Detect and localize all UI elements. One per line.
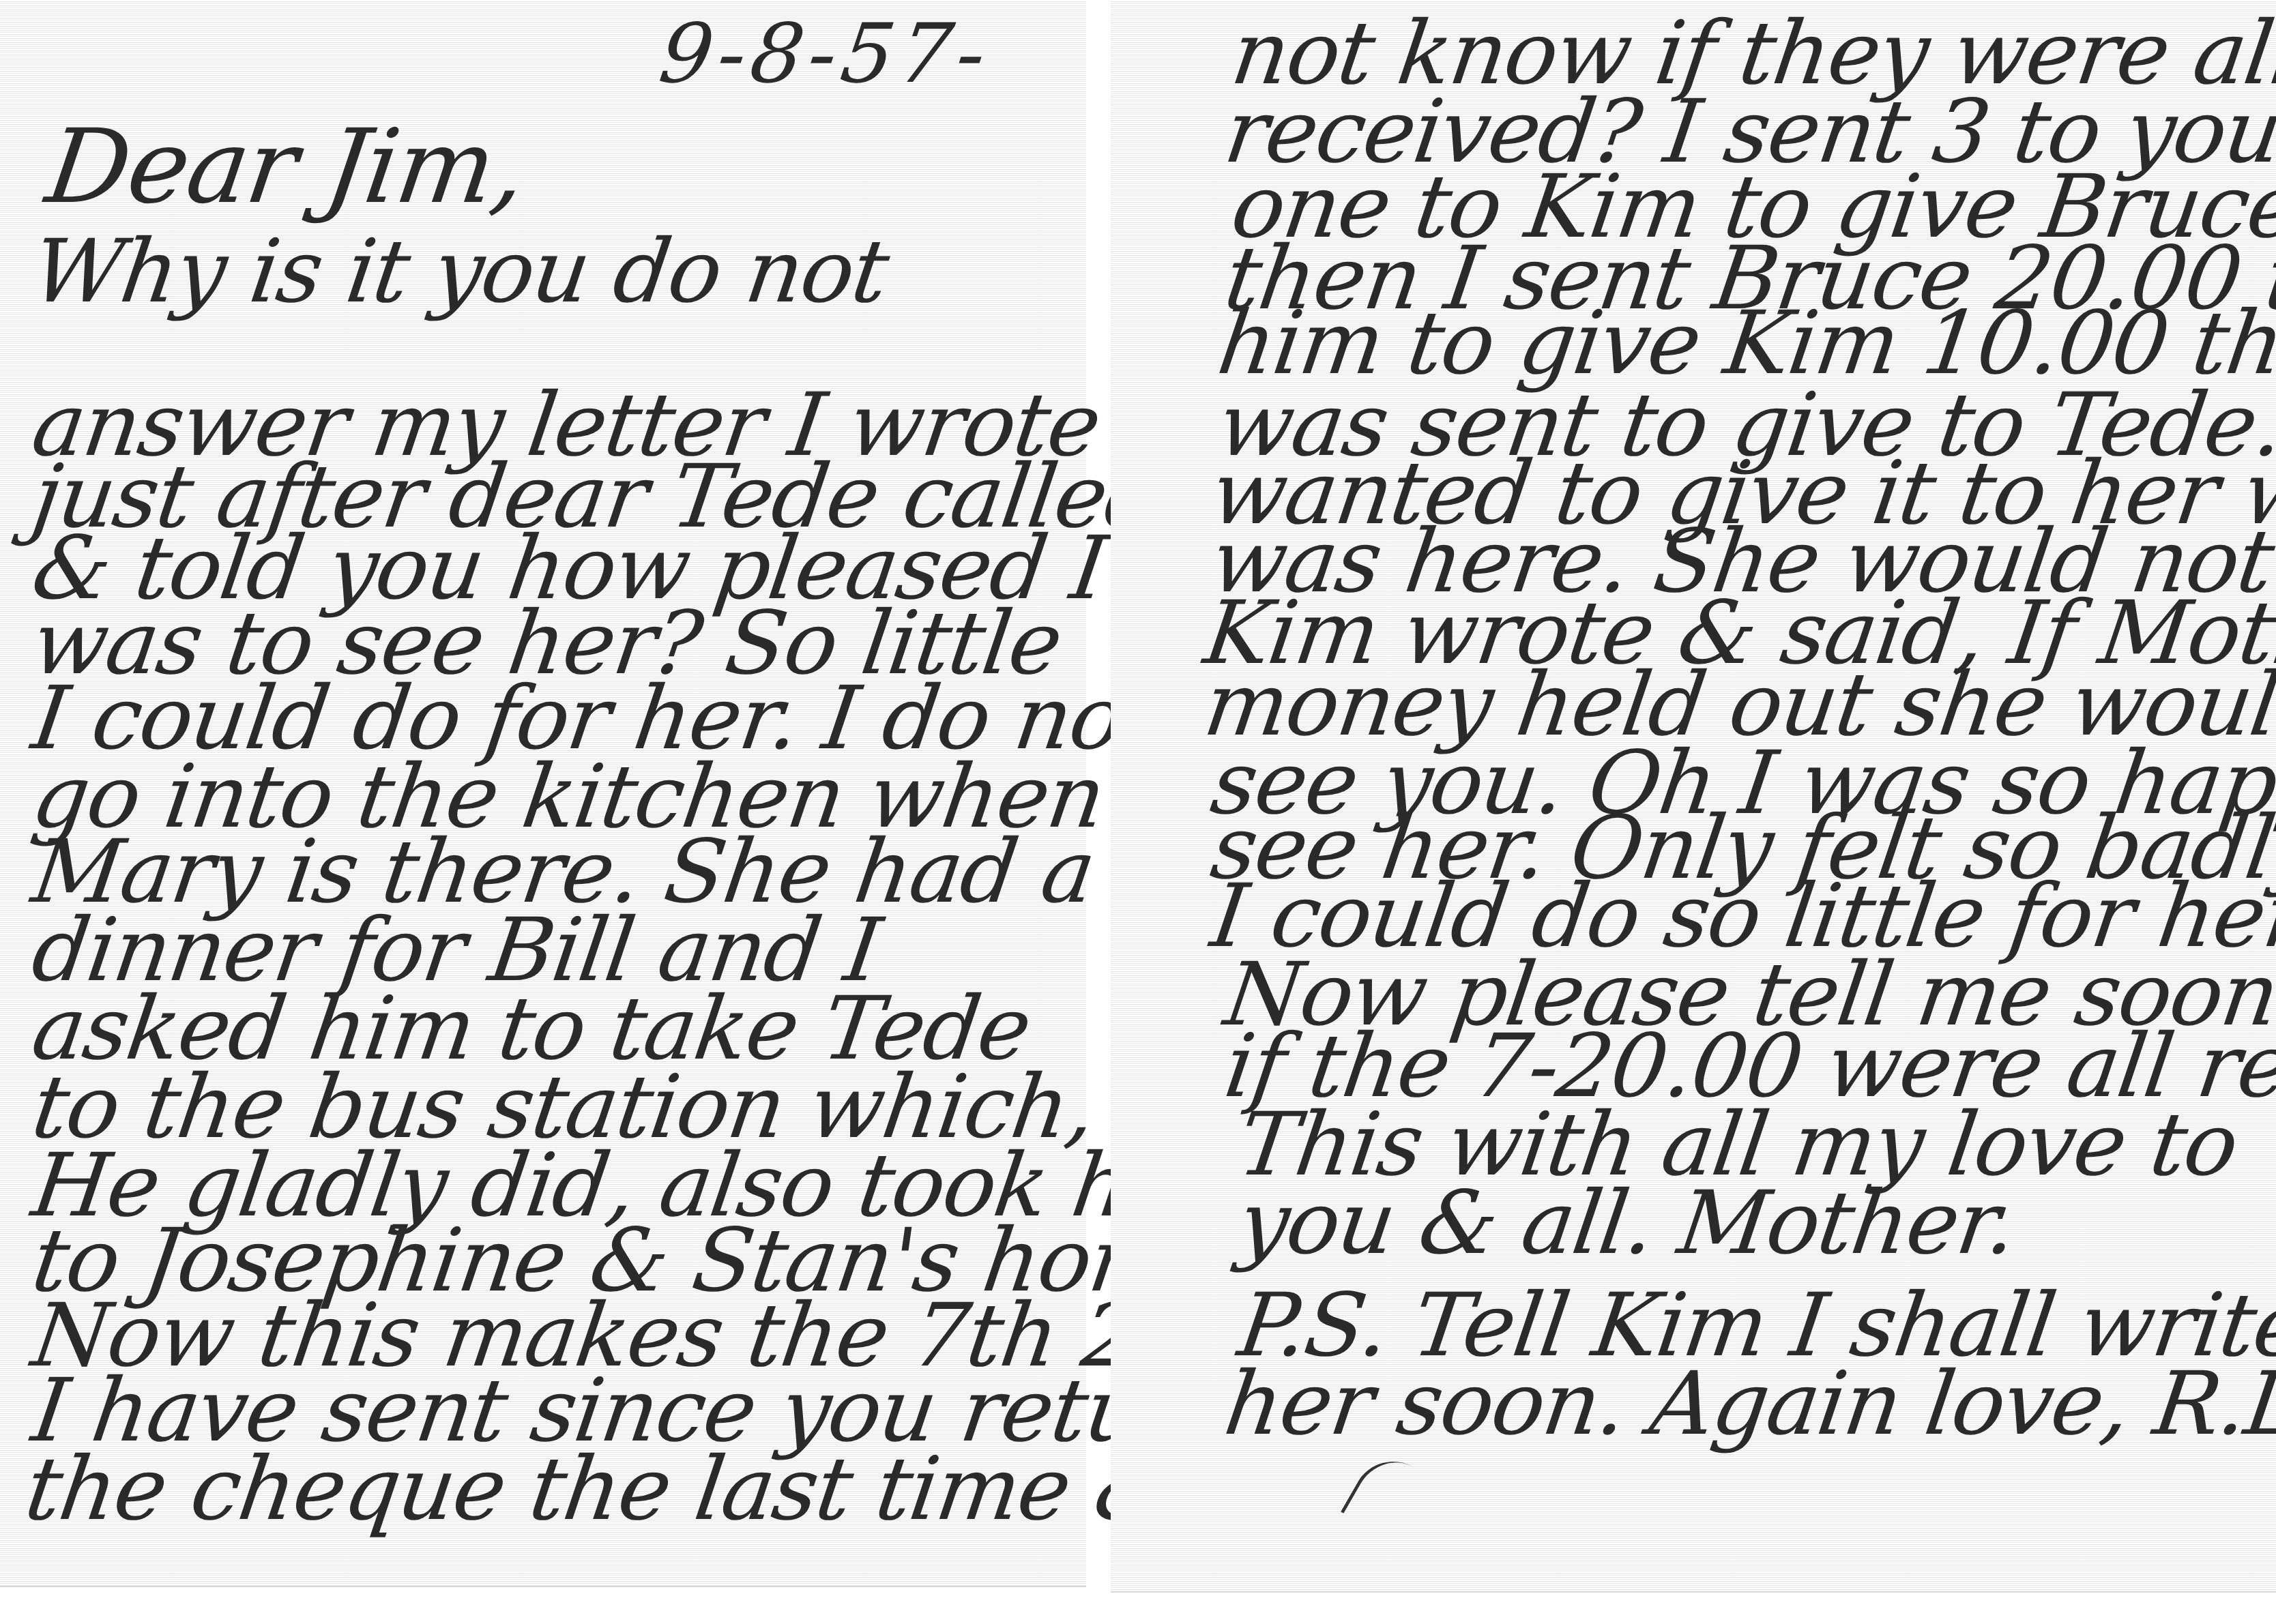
salutation: Dear Jim, xyxy=(41,116,531,218)
letter-date: 9-8-57- xyxy=(655,14,996,95)
letter-page-1: 9-8-57- Dear Jim, Why is it you do not a… xyxy=(0,0,1086,1587)
letter-closing: you & all. Mother. xyxy=(1234,1180,2021,1267)
signature-flourish-icon xyxy=(1341,1447,1416,1534)
letter-line: Why is it you do not xyxy=(27,228,892,316)
postscript-line: her soon. Again love, R.L.S. xyxy=(1220,1361,2276,1448)
letter-page-2: not know if they were all received? I se… xyxy=(1111,0,2276,1593)
